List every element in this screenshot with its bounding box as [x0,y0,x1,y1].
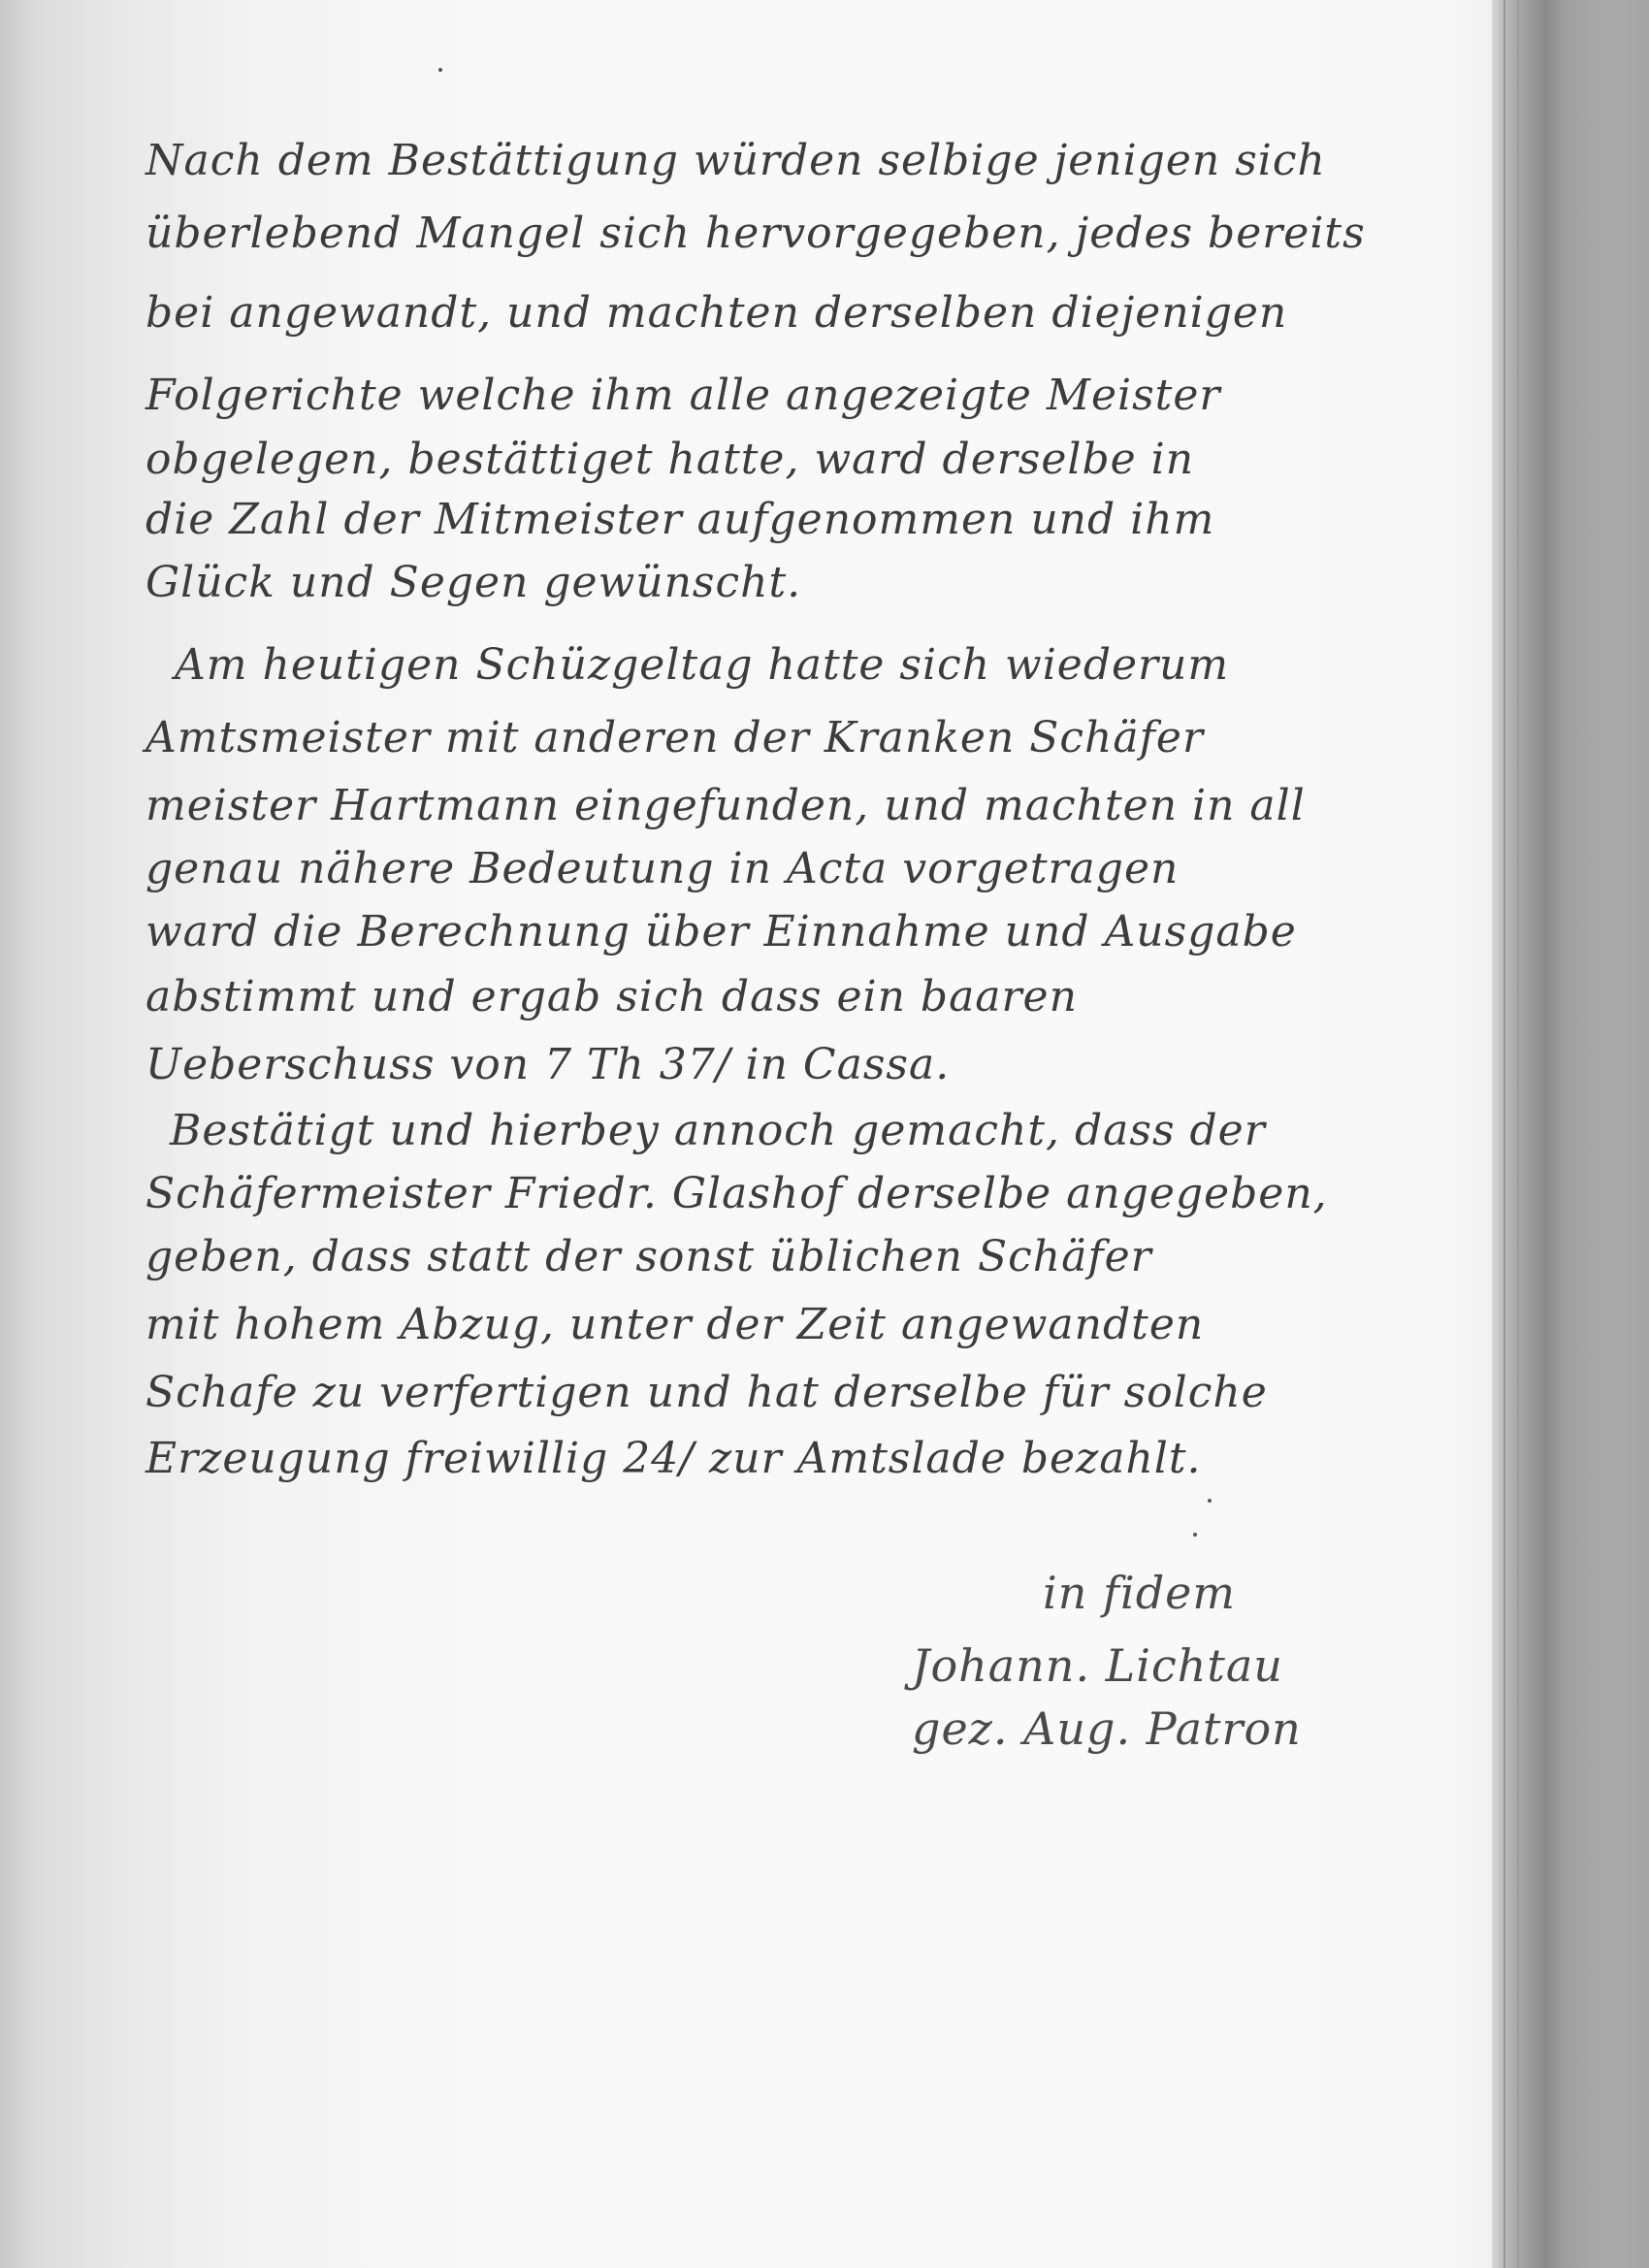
ink-speck [1193,1533,1197,1537]
manuscript-line: Nach dem Bestättigung würden selbige jen… [145,136,1326,185]
closing-formula: in fidem [1043,1567,1236,1619]
manuscript-line: meister Hartmann eingefunden, und machte… [145,781,1306,830]
manuscript-line: geben, dass statt der sonst üblichen Sch… [145,1232,1152,1281]
ink-speck [1208,1499,1212,1503]
page-edge-line [1517,0,1519,2268]
manuscript-line: die Zahl der Mitmeister aufgenommen und … [145,495,1214,544]
page-edge-line [1503,0,1505,2268]
manuscript-line: Glück und Segen gewünscht. [145,558,801,607]
manuscript-line: genau nähere Bedeutung in Acta vorgetrag… [145,844,1179,893]
manuscript-line: Folgerichte welche ihm alle angezeigte M… [145,371,1220,420]
manuscript-line: überlebend Mangel sich hervorgegeben, je… [145,209,1366,258]
manuscript-line: Schafe zu verfertigen und hat derselbe f… [145,1368,1268,1417]
manuscript-line: Schäfermeister Friedr. Glashof derselbe … [145,1169,1328,1218]
manuscript-line: Erzeugung freiwillig 24/ zur Amtslade be… [145,1434,1202,1483]
ink-speck [438,68,442,72]
manuscript-line: ward die Berechnung über Einnahme und Au… [145,907,1297,956]
signature-name-2: gez. Aug. Patron [912,1702,1302,1755]
book-spine-edge [1492,0,1649,2268]
manuscript-line: Am heutigen Schüzgeltag hatte sich wiede… [175,640,1229,690]
manuscript-line: obgelegen, bestättiget hatte, ward derse… [145,435,1194,484]
manuscript-line: mit hohem Abzug, unter der Zeit angewand… [145,1300,1204,1349]
manuscript-line: bei angewandt, und machten derselben die… [145,288,1287,338]
manuscript-line: abstimmt und ergab sich dass ein baaren [145,972,1078,1021]
manuscript-body: Nach dem Bestättigung würden selbige jen… [0,0,1492,2268]
manuscript-scan: Nach dem Bestättigung würden selbige jen… [0,0,1649,2268]
signature-name-1: Johann. Lichtau [912,1639,1283,1692]
manuscript-line: Bestätigt und hierbey annoch gemacht, da… [170,1106,1266,1155]
manuscript-line: Ueberschuss von 7 Th 37/ in Cassa. [145,1040,950,1089]
manuscript-line: Amtsmeister mit anderen der Kranken Schä… [145,713,1204,762]
